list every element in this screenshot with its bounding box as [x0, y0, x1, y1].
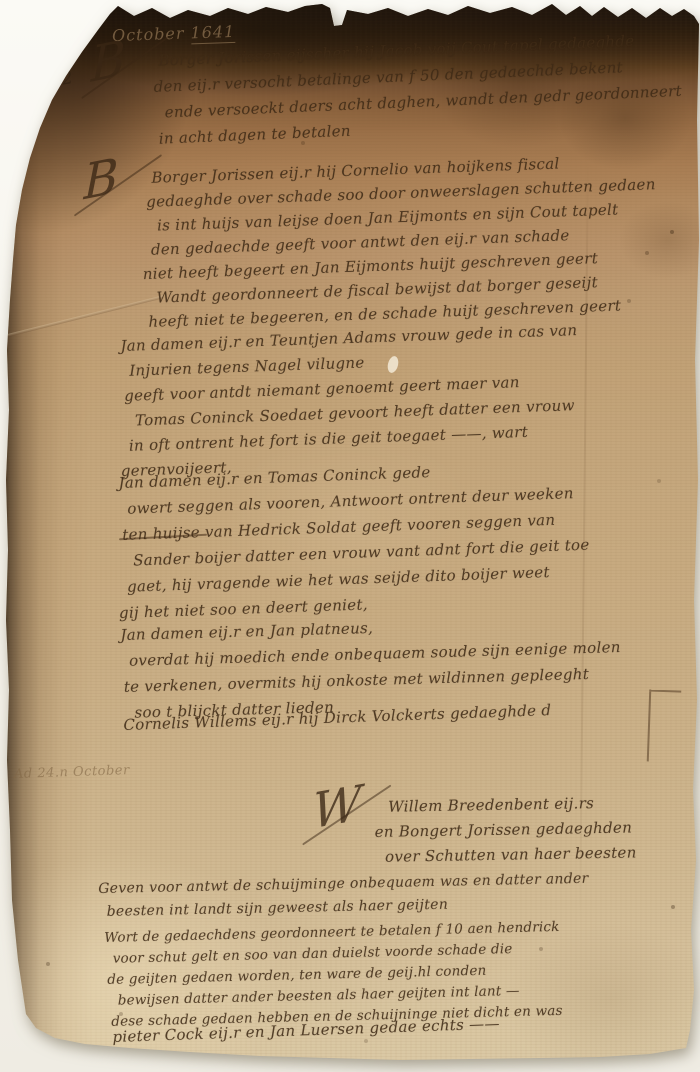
pen-flourish-mark — [647, 689, 681, 762]
header-date: October1641 — [112, 24, 236, 44]
manuscript-line: over Schutten van haer beesten — [385, 840, 637, 869]
margin-note-date: Ad 24.n October — [14, 764, 130, 781]
flourish-initial: B — [91, 34, 126, 90]
ink-specks — [0, 0, 2, 2]
paper-sheet-wrap: October1641 4:102 Ad 24.n October BBorge… — [0, 0, 700, 1072]
manuscript-scan: October1641 4:102 Ad 24.n October BBorge… — [0, 0, 700, 1072]
paragraph: WWillem Breedenbent eij.rsen Bongert Jor… — [372, 790, 637, 870]
paper-sheet: October1641 4:102 Ad 24.n October BBorge… — [0, 0, 700, 1072]
paragraph: Jan damen eij.r en Tomas Coninck gedeowe… — [118, 454, 592, 626]
flourish-initial: B — [83, 152, 118, 208]
flourish-initial: W — [312, 779, 362, 837]
folio-number: 4:102 — [19, 70, 75, 95]
paragraph: Geven voor antwt de schuijminge onbequae… — [98, 868, 589, 924]
header-year: 1641 — [190, 22, 235, 45]
paragraph: BBorger Jorissen eijscher hij Jacob voij… — [150, 26, 683, 152]
paragraph: BBorger Jorissen eij.r hij Cornelio van … — [143, 148, 660, 334]
